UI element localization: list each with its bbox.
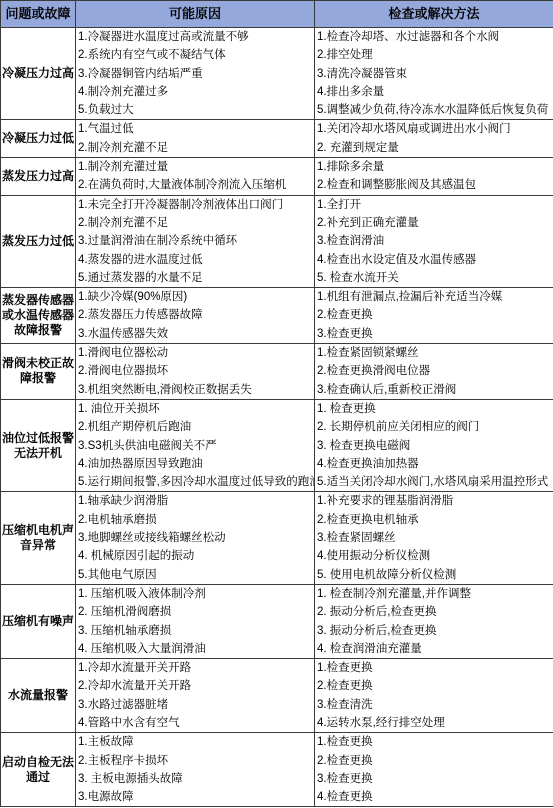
solution-item: 4.运转水泵,经行排空处理 — [315, 714, 553, 732]
solution-item: 3.检查更换 — [315, 325, 553, 343]
problem-cell: 滑阀未校正故障报警 — [1, 344, 76, 400]
cause-item: 1. 压缩机吸入液体制冷剂 — [76, 585, 314, 603]
cause-item: 1.缺少冷媒(90%原因) — [76, 288, 314, 306]
solution-item: 1.机组有泄漏点,捡漏后补充适当冷媒 — [315, 288, 553, 306]
solution-item: 2. 振动分析后,检查更换 — [315, 603, 553, 621]
solution-item: 1. 检查更换 — [315, 400, 553, 418]
cause-item: 1. 油位开关损坏 — [76, 400, 314, 418]
solutions-cell: 1.排除多余量2.检查和调整膨胀阀及其感温包 — [315, 158, 553, 196]
table-row: 油位过低报警无法开机1. 油位开关损坏2.机组产期停机后跑油3.S3机头供油电磁… — [1, 399, 553, 491]
problem-cell: 启动自检无法通过 — [1, 733, 76, 807]
causes-cell: 1. 压缩机吸入液体制冷剂2. 压缩机滑阀磨损3. 压缩机轴承磨损4. 压缩机吸… — [76, 584, 315, 658]
table-row: 蒸发压力过高1.制冷剂充灌过量2.在满负荷时,大量液体制冷剂流入压缩机1.排除多… — [1, 158, 553, 196]
causes-cell: 1.气温过低2.制冷剂充灌不足 — [76, 120, 315, 158]
header-row: 问题或故障 可能原因 检查或解决方法 — [1, 1, 553, 28]
cause-item: 2.机组产期停机后跑油 — [76, 418, 314, 436]
cause-item: 3.电源故障 — [76, 788, 314, 806]
cause-item: 1.主板故障 — [76, 733, 314, 751]
solution-item: 5. 使用电机故障分析仪检测 — [315, 566, 553, 584]
problem-cell: 蒸发器传感器或水温传感器故障报警 — [1, 288, 76, 344]
solutions-cell: 1.补充要求的锂基脂润滑脂2.检查更换电机轴承3.检查紧固螺丝4.使用振动分析仪… — [315, 492, 553, 584]
problem-cell: 油位过低报警无法开机 — [1, 399, 76, 491]
cause-item: 4. 压缩机吸入大量润滑油 — [76, 640, 314, 658]
problem-cell: 蒸发压力过高 — [1, 158, 76, 196]
solution-item: 1.检查更换 — [315, 733, 553, 751]
table-row: 启动自检无法通过1.主板故障2.主板程序卡损坏3. 主板电源插头故障3.电源故障… — [1, 733, 553, 807]
table-row: 压缩机电机声音异常1.轴承缺少润滑脂2.电机轴承磨损3.地脚螺丝或接线箱螺丝松动… — [1, 492, 553, 584]
cause-item: 5.负载过大 — [76, 101, 314, 119]
cause-item: 5.运行期间报警,多因冷却水温度过低导致的跑油 — [76, 473, 314, 491]
solutions-cell: 1.检查冷却塔、水过滤器和各个水阀2.排空处理3.清洗冷凝器管束4.排出多余量5… — [315, 28, 553, 120]
solution-item: 2.检查更换 — [315, 752, 553, 770]
solutions-cell: 1.检查更换2.检查更换3.检查更换4.检查更换 — [315, 733, 553, 807]
cause-item: 4.管路中水含有空气 — [76, 714, 314, 732]
cause-item: 1.轴承缺少润滑脂 — [76, 492, 314, 510]
cause-item: 2.滑阀电位器损坏 — [76, 362, 314, 380]
causes-cell: 1. 油位开关损坏2.机组产期停机后跑油3.S3机头供油电磁阀关不严4.油加热器… — [76, 399, 315, 491]
solution-item: 3.检查清洗 — [315, 696, 553, 714]
solution-item: 1.检查冷却塔、水过滤器和各个水阀 — [315, 28, 553, 46]
solution-item: 2. 长期停机前应关闭相应的阀门 — [315, 418, 553, 436]
causes-cell: 1.冷却水流量开关开路2.冷却水流量开关开路3.水路过滤器脏堵4.管路中水含有空… — [76, 659, 315, 733]
cause-item: 5.通过蒸发器的水量不足 — [76, 269, 314, 287]
solution-item: 3.检查紧固螺丝 — [315, 529, 553, 547]
solution-item: 1.排除多余量 — [315, 158, 553, 176]
solution-item: 2.检查更换电机轴承 — [315, 511, 553, 529]
table-body: 冷凝压力过高1.冷凝器进水温度过高或流量不够2.系统内有空气或不凝结气体3.冷凝… — [1, 28, 553, 807]
cause-item: 3.冷凝器铜管内结垢严重 — [76, 65, 314, 83]
cause-item: 4.蒸发器的进水温度过低 — [76, 251, 314, 269]
solution-item: 3.检查更换 — [315, 770, 553, 788]
solutions-cell: 1.检查紧固锁紧螺丝2.检查更换滑阀电位器3.检查确认后,重新校正滑阀 — [315, 344, 553, 400]
solutions-cell: 1. 检查更换2. 长期停机前应关闭相应的阀门3. 检查更换电磁阀4.检查更换油… — [315, 399, 553, 491]
causes-cell: 1.缺少冷媒(90%原因)2.蒸发器压力传感器故障3.水温传感器失效 — [76, 288, 315, 344]
table-row: 蒸发压力过低1.未完全打开冷凝器制冷剂液体出口阀门2.制冷剂充灌不足3.过量润滑… — [1, 195, 553, 287]
causes-cell: 1.轴承缺少润滑脂2.电机轴承磨损3.地脚螺丝或接线箱螺丝松动4. 机械原因引起… — [76, 492, 315, 584]
cause-item: 1.未完全打开冷凝器制冷剂液体出口阀门 — [76, 196, 314, 214]
cause-item: 2. 压缩机滑阀磨损 — [76, 603, 314, 621]
solution-item: 1.关闭冷却水塔风扇或调进出水小阀门 — [315, 120, 553, 138]
header-solutions: 检查或解决方法 — [315, 1, 553, 28]
cause-item: 3.S3机头供油电磁阀关不严 — [76, 437, 314, 455]
cause-item: 2.在满负荷时,大量液体制冷剂流入压缩机 — [76, 176, 314, 194]
cause-item: 3.水温传感器失效 — [76, 325, 314, 343]
solution-item: 2.排空处理 — [315, 46, 553, 64]
solution-item: 2. 充灌到规定量 — [315, 139, 553, 157]
solution-item: 2.检查更换 — [315, 677, 553, 695]
solution-item: 4.使用振动分析仪检测 — [315, 547, 553, 565]
cause-item: 1.冷凝器进水温度过高或流量不够 — [76, 28, 314, 46]
solution-item: 5.调整减少负荷,待冷冻水水温降低后恢复负荷 — [315, 101, 553, 119]
cause-item: 3.地脚螺丝或接线箱螺丝松动 — [76, 529, 314, 547]
solution-item: 1.检查更换 — [315, 659, 553, 677]
table-row: 冷凝压力过低1.气温过低2.制冷剂充灌不足1.关闭冷却水塔风扇或调进出水小阀门2… — [1, 120, 553, 158]
cause-item: 2.系统内有空气或不凝结气体 — [76, 46, 314, 64]
header-causes: 可能原因 — [76, 1, 315, 28]
cause-item: 4.油加热器原因导致跑油 — [76, 455, 314, 473]
solution-item: 1.检查紧固锁紧螺丝 — [315, 344, 553, 362]
table-row: 压缩机有噪声1. 压缩机吸入液体制冷剂2. 压缩机滑阀磨损3. 压缩机轴承磨损4… — [1, 584, 553, 658]
table-row: 水流量报警1.冷却水流量开关开路2.冷却水流量开关开路3.水路过滤器脏堵4.管路… — [1, 659, 553, 733]
solution-item: 5.适当关闭冷却水阀门,水塔风扇采用温控形式 — [315, 473, 553, 491]
cause-item: 4. 机械原因引起的振动 — [76, 547, 314, 565]
cause-item: 1.滑阀电位器松动 — [76, 344, 314, 362]
solution-item: 3. 检查更换电磁阀 — [315, 437, 553, 455]
solution-item: 1.补充要求的锂基脂润滑脂 — [315, 492, 553, 510]
cause-item: 2.蒸发器压力传感器故障 — [76, 306, 314, 324]
solutions-cell: 1.关闭冷却水塔风扇或调进出水小阀门2. 充灌到规定量 — [315, 120, 553, 158]
causes-cell: 1.冷凝器进水温度过高或流量不够2.系统内有空气或不凝结气体3.冷凝器铜管内结垢… — [76, 28, 315, 120]
causes-cell: 1.主板故障2.主板程序卡损坏3. 主板电源插头故障3.电源故障 — [76, 733, 315, 807]
problem-cell: 水流量报警 — [1, 659, 76, 733]
cause-item: 3. 压缩机轴承磨损 — [76, 622, 314, 640]
cause-item: 2.电机轴承磨损 — [76, 511, 314, 529]
problem-cell: 蒸发压力过低 — [1, 195, 76, 287]
solution-item: 2.检查更换 — [315, 306, 553, 324]
solution-item: 3.检查确认后,重新校正滑阀 — [315, 381, 553, 399]
fault-troubleshooting-table: 问题或故障 可能原因 检查或解决方法 冷凝压力过高1.冷凝器进水温度过高或流量不… — [0, 0, 553, 807]
cause-item: 3. 主板电源插头故障 — [76, 770, 314, 788]
solutions-cell: 1.机组有泄漏点,捡漏后补充适当冷媒2.检查更换3.检查更换 — [315, 288, 553, 344]
cause-item: 3.过量润滑油在制冷系统中循环 — [76, 232, 314, 250]
problem-cell: 冷凝压力过低 — [1, 120, 76, 158]
solutions-cell: 1.检查更换2.检查更换3.检查清洗4.运转水泵,经行排空处理 — [315, 659, 553, 733]
solution-item: 3. 振动分析后,检查更换 — [315, 622, 553, 640]
cause-item: 1.气温过低 — [76, 120, 314, 138]
solution-item: 1. 检查制冷剂充灌量,并作调整 — [315, 585, 553, 603]
problem-cell: 冷凝压力过高 — [1, 28, 76, 120]
solution-item: 4.检查更换油加热器 — [315, 455, 553, 473]
solution-item: 4.检查出水设定值及水温传感器 — [315, 251, 553, 269]
cause-item: 3.水路过滤器脏堵 — [76, 696, 314, 714]
solution-item: 4.检查更换 — [315, 788, 553, 806]
table-row: 冷凝压力过高1.冷凝器进水温度过高或流量不够2.系统内有空气或不凝结气体3.冷凝… — [1, 28, 553, 120]
table-row: 蒸发器传感器或水温传感器故障报警1.缺少冷媒(90%原因)2.蒸发器压力传感器故… — [1, 288, 553, 344]
causes-cell: 1.制冷剂充灌过量2.在满负荷时,大量液体制冷剂流入压缩机 — [76, 158, 315, 196]
cause-item: 2.制冷剂充灌不足 — [76, 214, 314, 232]
solution-item: 1.全打开 — [315, 196, 553, 214]
table-row: 滑阀未校正故障报警1.滑阀电位器松动2.滑阀电位器损坏3.机组突然断电,滑阀校正… — [1, 344, 553, 400]
cause-item: 3.机组突然断电,滑阀校正数据丢失 — [76, 381, 314, 399]
solution-item: 3.清洗冷凝器管束 — [315, 65, 553, 83]
cause-item: 2.主板程序卡损坏 — [76, 752, 314, 770]
solutions-cell: 1. 检查制冷剂充灌量,并作调整2. 振动分析后,检查更换3. 振动分析后,检查… — [315, 584, 553, 658]
problem-cell: 压缩机有噪声 — [1, 584, 76, 658]
solutions-cell: 1.全打开2.补充到正确充灌量3.检查润滑油4.检查出水设定值及水温传感器5. … — [315, 195, 553, 287]
solution-item: 3.检查润滑油 — [315, 232, 553, 250]
solution-item: 4.排出多余量 — [315, 83, 553, 101]
cause-item: 2.冷却水流量开关开路 — [76, 677, 314, 695]
cause-item: 1.制冷剂充灌过量 — [76, 158, 314, 176]
solution-item: 2.检查更换滑阀电位器 — [315, 362, 553, 380]
causes-cell: 1.滑阀电位器松动2.滑阀电位器损坏3.机组突然断电,滑阀校正数据丢失 — [76, 344, 315, 400]
cause-item: 4.制冷剂充灌过多 — [76, 83, 314, 101]
solution-item: 2.补充到正确充灌量 — [315, 214, 553, 232]
cause-item: 2.制冷剂充灌不足 — [76, 139, 314, 157]
cause-item: 1.冷却水流量开关开路 — [76, 659, 314, 677]
cause-item: 5.其他电气原因 — [76, 566, 314, 584]
causes-cell: 1.未完全打开冷凝器制冷剂液体出口阀门2.制冷剂充灌不足3.过量润滑油在制冷系统… — [76, 195, 315, 287]
solution-item: 2.检查和调整膨胀阀及其感温包 — [315, 176, 553, 194]
solution-item: 5. 检查水流开关 — [315, 269, 553, 287]
solution-item: 4. 检查润滑油充灌量 — [315, 640, 553, 658]
problem-cell: 压缩机电机声音异常 — [1, 492, 76, 584]
header-problem: 问题或故障 — [1, 1, 76, 28]
